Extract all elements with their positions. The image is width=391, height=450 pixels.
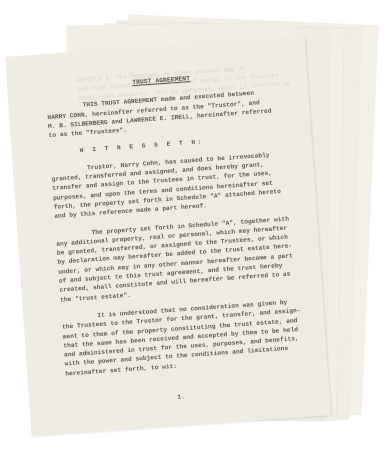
page-number: 1. (177, 393, 185, 401)
front-page: ARTICLE I. The Trustees or other persons… (5, 36, 331, 436)
page-body: TRUST AGREEMENT THIS TRUST AGREEMENT mad… (45, 68, 297, 378)
paper-stack: ARTICLE I. The Trustees or other persons… (0, 0, 391, 450)
